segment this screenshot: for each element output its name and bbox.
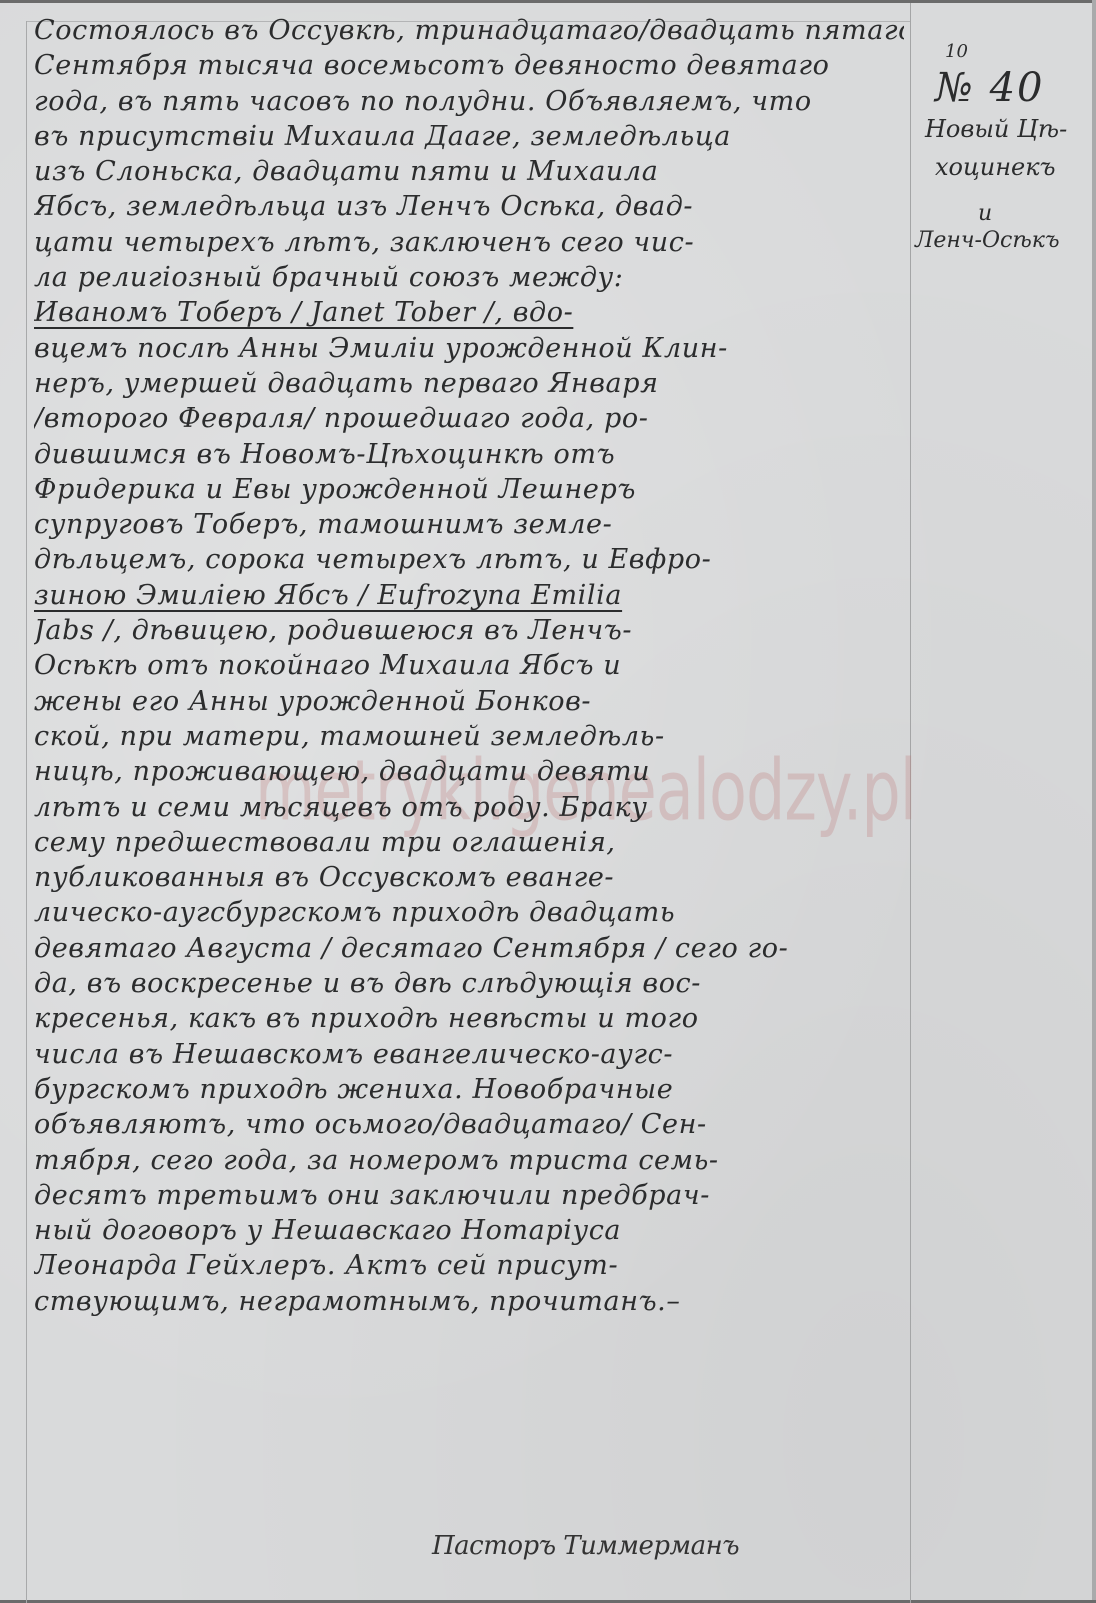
text-line: лѣтъ и семи мѣсяцевъ отъ роду. Браку — [34, 790, 904, 825]
text-line: /второго Февраля/ прошедшаго года, ро- — [34, 401, 904, 436]
margin-column-rule — [910, 3, 911, 1600]
left-margin-rule — [26, 21, 27, 1600]
text-line: бургскомъ приходѣ жениха. Новобрачные — [34, 1072, 904, 1107]
text-line: десятъ третьимъ они заключили предбрач- — [34, 1178, 904, 1213]
groom-name-line: Иваномъ Тоберъ / Janet Tober /, вдо- — [34, 295, 904, 330]
text-line: числа въ Нешавскомъ евангелическо-аугс- — [34, 1037, 904, 1072]
page-right-edge — [1092, 0, 1096, 1600]
text-line: года, въ пять часовъ по полудни. Объявля… — [34, 84, 904, 119]
text-line: въ присутствіи Михаила Дааге, земледѣльц… — [34, 119, 904, 154]
text-line: цати четырехъ лѣтъ, заключенъ сего чис- — [34, 225, 904, 260]
record-number: № 40 — [935, 65, 1096, 111]
margin-place-line3: Ленч-Осѣкъ — [915, 228, 1085, 253]
text-line: девятаго Августа / десятаго Сентября / с… — [34, 931, 904, 966]
text-line: объявляютъ, что осьмого/двадцатаго/ Сен- — [34, 1107, 904, 1142]
text-line: вцемъ послѣ Анны Эмиліи урожденной Клин- — [34, 331, 904, 366]
text-line: кресенья, какъ въ приходѣ невѣсты и того — [34, 1001, 904, 1036]
text-line: дѣльцемъ, сорока четырехъ лѣтъ, и Евфро- — [34, 542, 904, 577]
text-line: лическо-аугсбургскомъ приходѣ двадцать — [34, 895, 904, 930]
text-line: ствующимъ, неграмотнымъ, прочитанъ.– — [34, 1284, 904, 1319]
text-line: Осѣкѣ отъ покойнаго Михаила Ябсъ и — [34, 648, 904, 683]
text-line: изъ Слоньска, двадцати пяти и Михаила — [34, 154, 904, 189]
text-line: сему предшествовали три оглашенія, — [34, 825, 904, 860]
text-line: Состоялось въ Оссувкѣ, тринадцатаго/двад… — [34, 13, 904, 48]
text-line: Ябсъ, земледѣльца изъ Ленчъ Осѣка, двад- — [34, 189, 904, 224]
text-line: Фридерика и Евы урожденной Лешнеръ — [34, 472, 904, 507]
text-line: Леонарда Гейхлеръ. Актъ сей присут- — [34, 1248, 904, 1283]
bride-name-line: зиною Эмиліею Ябсъ / Eufrozyna Emilia — [34, 578, 904, 613]
text-line: ла религіозный брачный союзъ между: — [34, 260, 904, 295]
margin-place-line2: хоцинекъ — [935, 153, 1096, 181]
text-line: супруговъ Тоберъ, тамошнимъ земле- — [34, 507, 904, 542]
margin-reference: 10 — [945, 41, 1096, 62]
text-line: жены его Анны урожденной Бонков- — [34, 684, 904, 719]
text-line: да, въ воскресенье и въ двѣ слѣдующія во… — [34, 966, 904, 1001]
text-line: неръ, умершей двадцать перваго Января — [34, 366, 904, 401]
text-line: ской, при матери, тамошней земледѣль- — [34, 719, 904, 754]
text-line: ницѣ, проживающею, двадцати девяти — [34, 754, 904, 789]
margin-conjunction: и — [978, 201, 1096, 226]
text-line: Сентября тысяча восемьсотъ девяносто дев… — [34, 48, 904, 83]
document-page: metryki.genealodzy.pl Состоялось въ Оссу… — [0, 3, 1092, 1600]
text-line: публикованныя въ Оссувскомъ еванге- — [34, 860, 904, 895]
pastor-signature: Пасторъ Тиммерманъ — [432, 1531, 739, 1561]
text-line: ный договоръ у Нешавскаго Нотаріуса — [34, 1213, 904, 1248]
text-line: тября, сего года, за номеромъ триста сем… — [34, 1143, 904, 1178]
margin-place-line1: Новый Цѣ- — [925, 115, 1095, 143]
text-line: Jabs /, дѣвицею, родившеюся въ Ленчъ- — [34, 613, 904, 648]
record-body: Состоялось въ Оссувкѣ, тринадцатаго/двад… — [34, 13, 904, 1319]
text-line: дившимся въ Новомъ-Цѣхоцинкѣ отъ — [34, 437, 904, 472]
